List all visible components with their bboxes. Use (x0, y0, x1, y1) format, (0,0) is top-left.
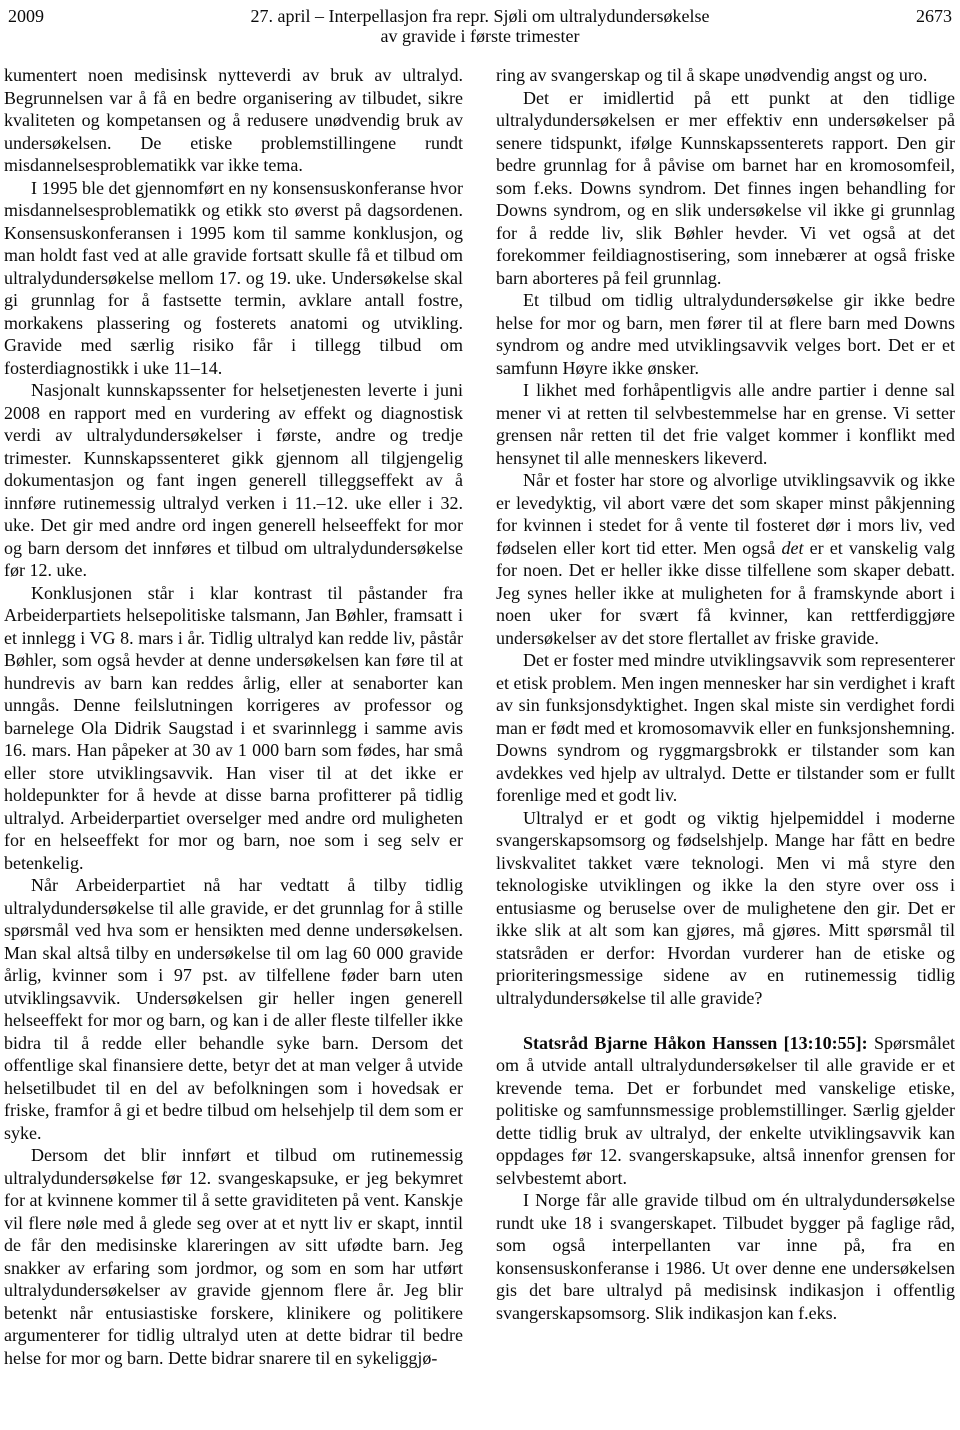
text-segment: Nasjonalt kunnskapssenter for helsetjene… (4, 380, 463, 580)
paragraph: kumentert noen medisinsk nytteverdi av b… (4, 64, 463, 177)
text-segment: Det er foster med mindre utviklingsavvik… (496, 650, 955, 805)
paragraph: Statsråd Bjarne Håkon Hanssen [13:10:55]… (496, 1032, 955, 1190)
text-segment: I likhet med forhåpentligvis alle andre … (496, 380, 955, 468)
paragraph: I 1995 ble det gjennomført en ny konsens… (4, 177, 463, 380)
paragraph: Når Arbeiderpartiet nå har vedtatt å til… (4, 874, 463, 1144)
right-column: ring av svangerskap og til å skape unødv… (496, 64, 955, 1324)
paragraph: I likhet med forhåpentligvis alle andre … (496, 379, 955, 469)
paragraph: ring av svangerskap og til å skape unødv… (496, 64, 955, 87)
text-segment: Når Arbeiderpartiet nå har vedtatt å til… (4, 875, 463, 1143)
left-column: kumentert noen medisinsk nytteverdi av b… (4, 64, 463, 1369)
speaker-name: Statsråd Bjarne Håkon Hanssen [13:10:55]… (523, 1033, 868, 1053)
paragraph: Det er imidlertid på ett punkt at den ti… (496, 87, 955, 290)
text-segment: I Norge får alle gravide tilbud om én ul… (496, 1190, 955, 1323)
text-segment: Ultralyd er et godt og viktig hjelpemidd… (496, 808, 955, 1008)
paragraph: Et tilbud om tidlig ultralydundersøkelse… (496, 289, 955, 379)
text-segment: Det er imidlertid på ett punkt at den ti… (496, 88, 955, 288)
text-segment: Dersom det blir innført et tilbud om rut… (4, 1145, 463, 1368)
header-year: 2009 (8, 6, 44, 26)
header-page-number: 2673 (916, 6, 952, 26)
header-title-line2: av gravide i første trimester (4, 26, 956, 46)
paragraph: I Norge får alle gravide tilbud om én ul… (496, 1189, 955, 1324)
paragraph: Ultralyd er et godt og viktig hjelpemidd… (496, 807, 955, 1010)
page-header: 2009 27. april – Interpellasjon fra repr… (4, 6, 956, 46)
text-segment: det (781, 538, 803, 558)
paragraph: Dersom det blir innført et tilbud om rut… (4, 1144, 463, 1369)
paragraph: Nasjonalt kunnskapssenter for helsetjene… (4, 379, 463, 582)
header-title-line1: 27. april – Interpellasjon fra repr. Sjø… (4, 6, 956, 26)
text-segment: I 1995 ble det gjennomført en ny konsens… (4, 178, 463, 378)
document-page: 2009 27. april – Interpellasjon fra repr… (0, 0, 960, 1430)
paragraph: Det er foster med mindre utviklingsavvik… (496, 649, 955, 807)
text-segment: Konklusjonen står i klar kontrast til på… (4, 583, 463, 873)
text-segment: kumentert noen medisinsk nytteverdi av b… (4, 65, 463, 175)
text-segment: Et tilbud om tidlig ultralydundersøkelse… (496, 290, 955, 378)
text-columns: kumentert noen medisinsk nytteverdi av b… (4, 64, 956, 1369)
header-title: 27. april – Interpellasjon fra repr. Sjø… (4, 6, 956, 46)
text-segment: Spørsmålet om å utvide antall ultralydun… (496, 1033, 955, 1188)
paragraph: Når et foster har store og alvorlige utv… (496, 469, 955, 649)
paragraph: Konklusjonen står i klar kontrast til på… (4, 582, 463, 875)
text-segment: ring av svangerskap og til å skape unødv… (496, 65, 927, 85)
